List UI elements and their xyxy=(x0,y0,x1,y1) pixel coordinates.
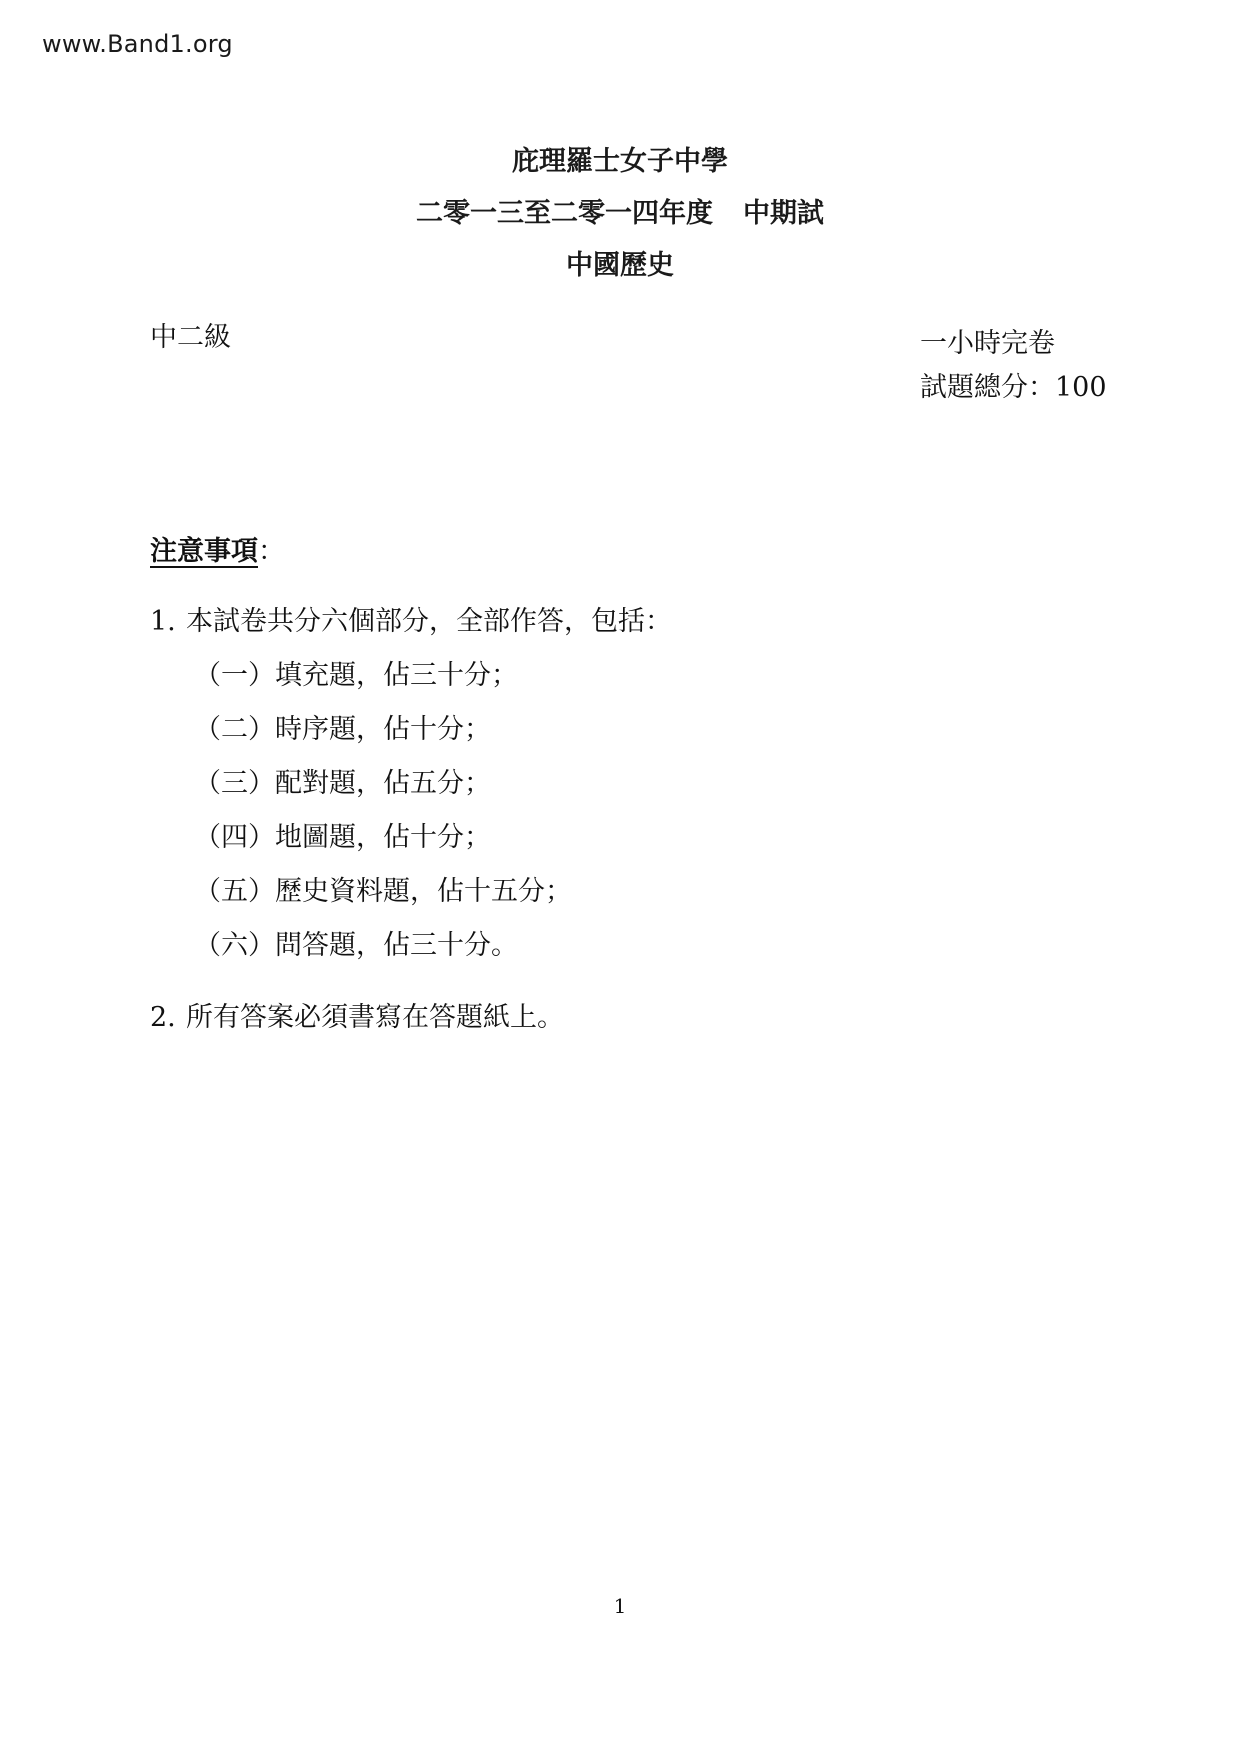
total-marks: 試題總分：100 xyxy=(920,366,1107,410)
duration-label: 一小時完卷 xyxy=(920,322,1107,366)
section-item-matching: （三）配對題，佔五分； xyxy=(194,768,491,800)
item-number: 1. xyxy=(150,606,186,638)
page-number: 1 xyxy=(0,1594,1240,1618)
school-name: 庇理羅士女子中學 xyxy=(0,146,1240,178)
exam-type: 中期試 xyxy=(743,198,824,229)
section-item-source: （五）歷史資料題，佔十五分； xyxy=(194,876,572,908)
section-item-essay: （六）問答題，佔三十分。 xyxy=(194,930,518,962)
academic-year: 二零一三至二零一四年度 xyxy=(416,198,713,229)
notice-heading-colon: ： xyxy=(258,536,285,567)
section-item-fill-in: （一）填充題，佔三十分； xyxy=(194,660,518,692)
notice-item-1: 1.本試卷共分六個部分，全部作答，包括： xyxy=(150,606,672,638)
total-marks-value: 100 xyxy=(1055,372,1107,403)
watermark-url: www.Band1.org xyxy=(42,30,233,58)
subject-title: 中國歷史 xyxy=(0,250,1240,282)
total-marks-label: 試題總分： xyxy=(920,372,1055,403)
notice-heading-text: 注意事項 xyxy=(150,536,258,567)
exam-meta: 一小時完卷 試題總分：100 xyxy=(920,322,1107,410)
item-text: 所有答案必須書寫在答題紙上。 xyxy=(186,1002,564,1033)
section-item-map: （四）地圖題，佔十分； xyxy=(194,822,491,854)
notice-item-2: 2.所有答案必須書寫在答題紙上。 xyxy=(150,1002,564,1034)
item-number: 2. xyxy=(150,1002,186,1034)
notice-heading: 注意事項： xyxy=(150,536,285,568)
item-text: 本試卷共分六個部分，全部作答，包括： xyxy=(186,606,672,637)
grade-label: 中二級 xyxy=(150,322,231,354)
exam-title: 二零一三至二零一四年度中期試 xyxy=(0,198,1240,230)
section-item-chronology: （二）時序題，佔十分； xyxy=(194,714,491,746)
